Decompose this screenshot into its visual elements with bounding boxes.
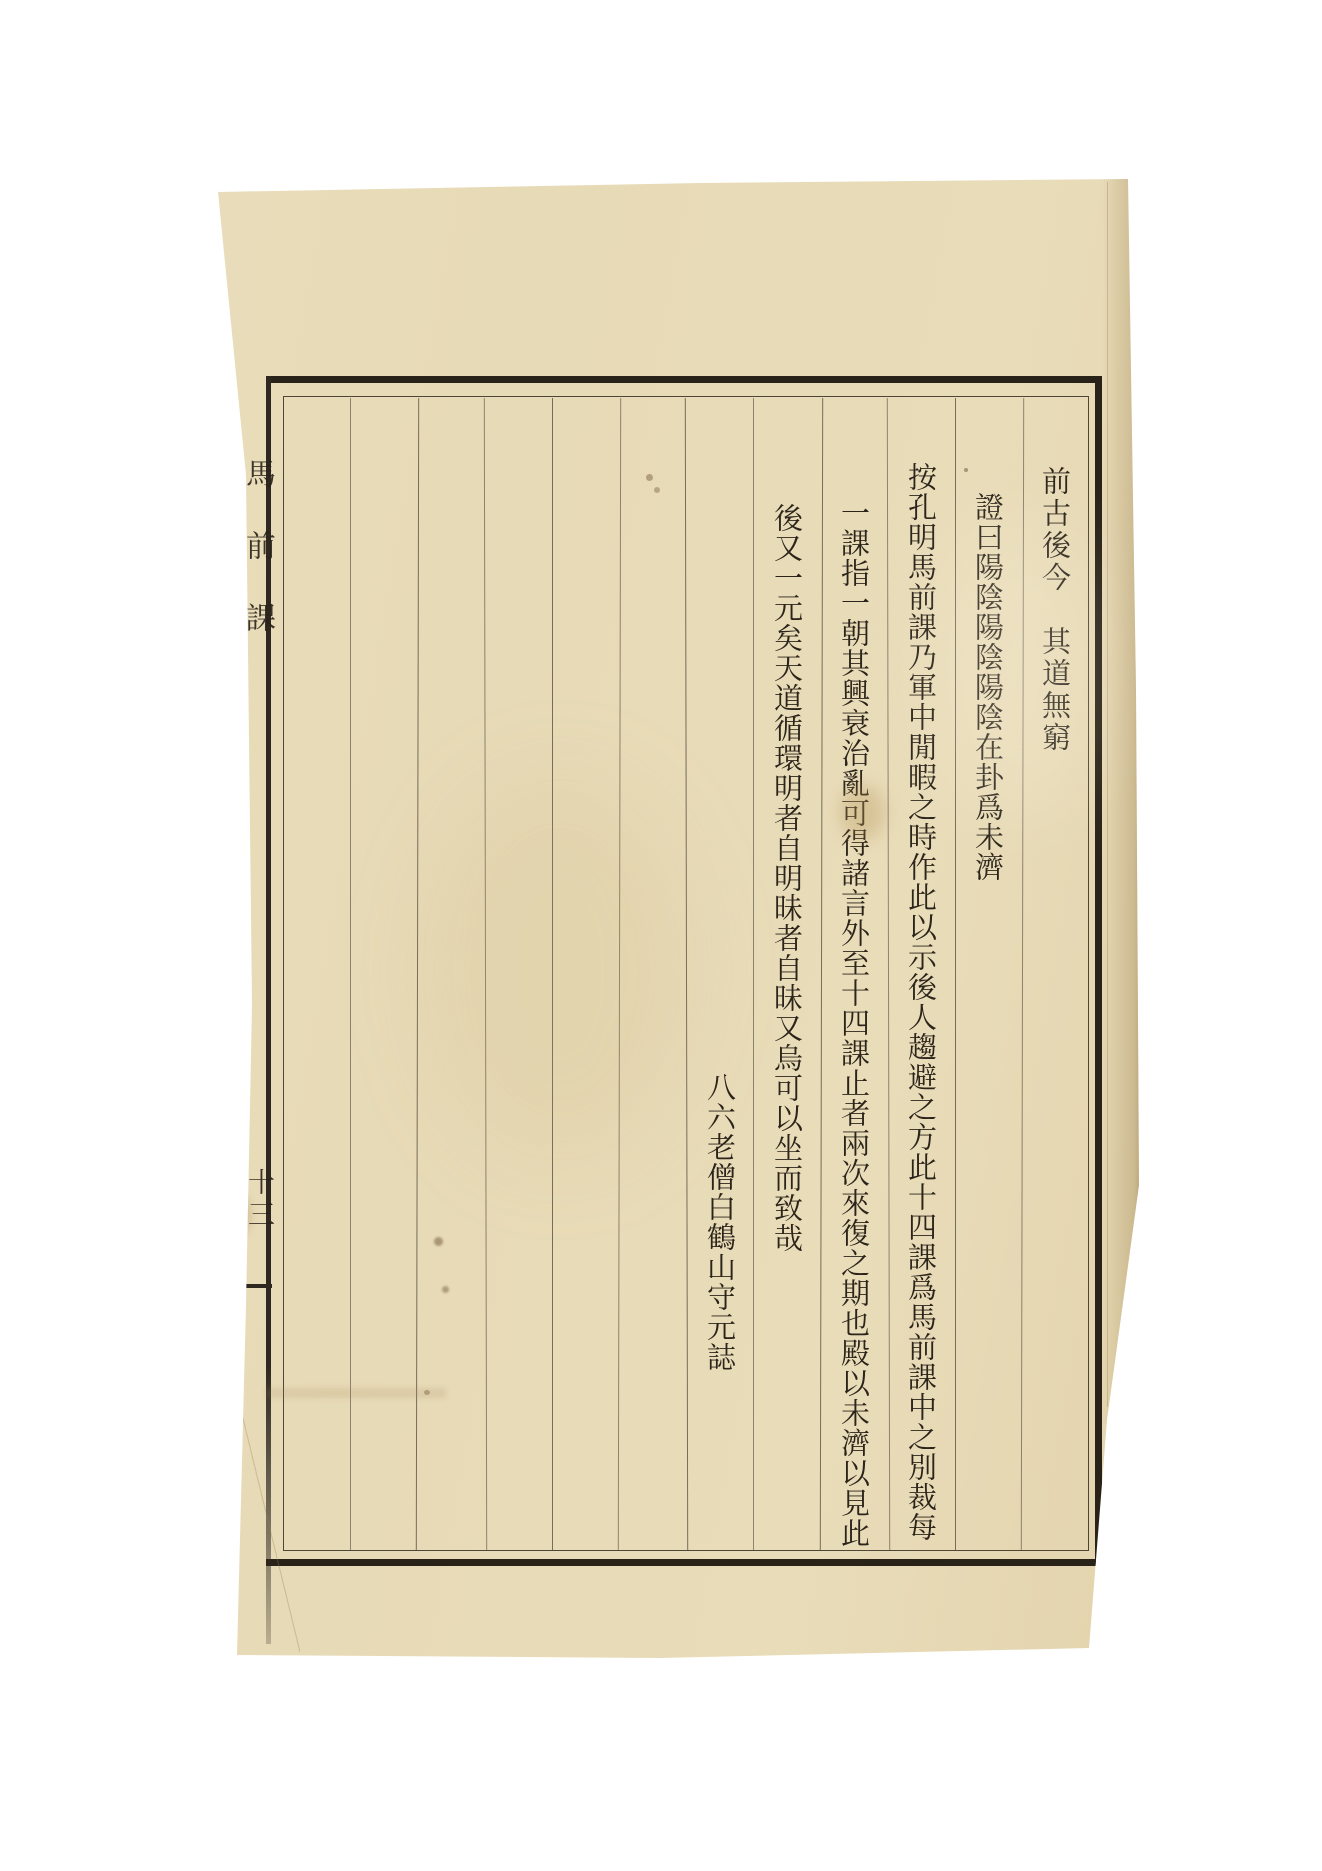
foxing-spot (434, 1237, 443, 1246)
foxing-spot (840, 785, 885, 840)
column-rule-line (955, 398, 956, 1550)
column-rule-line (350, 398, 351, 1550)
under-page-shadow (266, 1388, 446, 1398)
foxing-spot (964, 468, 968, 472)
text-column-3: 按孔明馬前課乃軍中閒暇之時作此以示後人趨避之方此十四課爲馬前課中之別裁每 (906, 462, 935, 1542)
frame-border-right (1095, 376, 1102, 1566)
text-column-4: 一課指一朝其興衰治亂可得諸言外至十四課止者兩次來復之期也殿以未濟以見此 (839, 498, 868, 1548)
paper-tone-patch (430, 780, 690, 1160)
paper-tone-patch (940, 520, 1100, 820)
foxing-spot (646, 474, 653, 481)
frame-border-bottom (266, 1559, 1102, 1566)
foxing-spot (232, 1195, 250, 1235)
frame-border-top (266, 376, 1102, 383)
text-column-5: 後又一元矣天道循環明者自明昧者自昧又烏可以坐而致哉 (772, 503, 801, 1253)
foxing-spot (442, 1286, 449, 1293)
scan-canvas: 前古後今 其道無窮 證曰陽陰陽陰陽陰在卦爲未濟 按孔明馬前課乃軍中閒暇之時作此以… (0, 0, 1322, 1871)
column-rule-line (753, 398, 754, 1550)
foxing-spot (424, 1390, 430, 1395)
under-page-edge (238, 1398, 300, 1652)
page-crease-line (1107, 182, 1108, 1407)
fold-margin-title: 馬前課 (242, 458, 272, 674)
text-column-6-colophon: 八六老僧白鶴山守元誌 (705, 1072, 734, 1372)
paper-leaf: 前古後今 其道無窮 證曰陽陰陽陰陽陰在卦爲未濟 按孔明馬前課乃軍中閒暇之時作此以… (0, 0, 1322, 1871)
fold-marker-tick (240, 1284, 272, 1288)
foxing-spot (654, 487, 660, 493)
